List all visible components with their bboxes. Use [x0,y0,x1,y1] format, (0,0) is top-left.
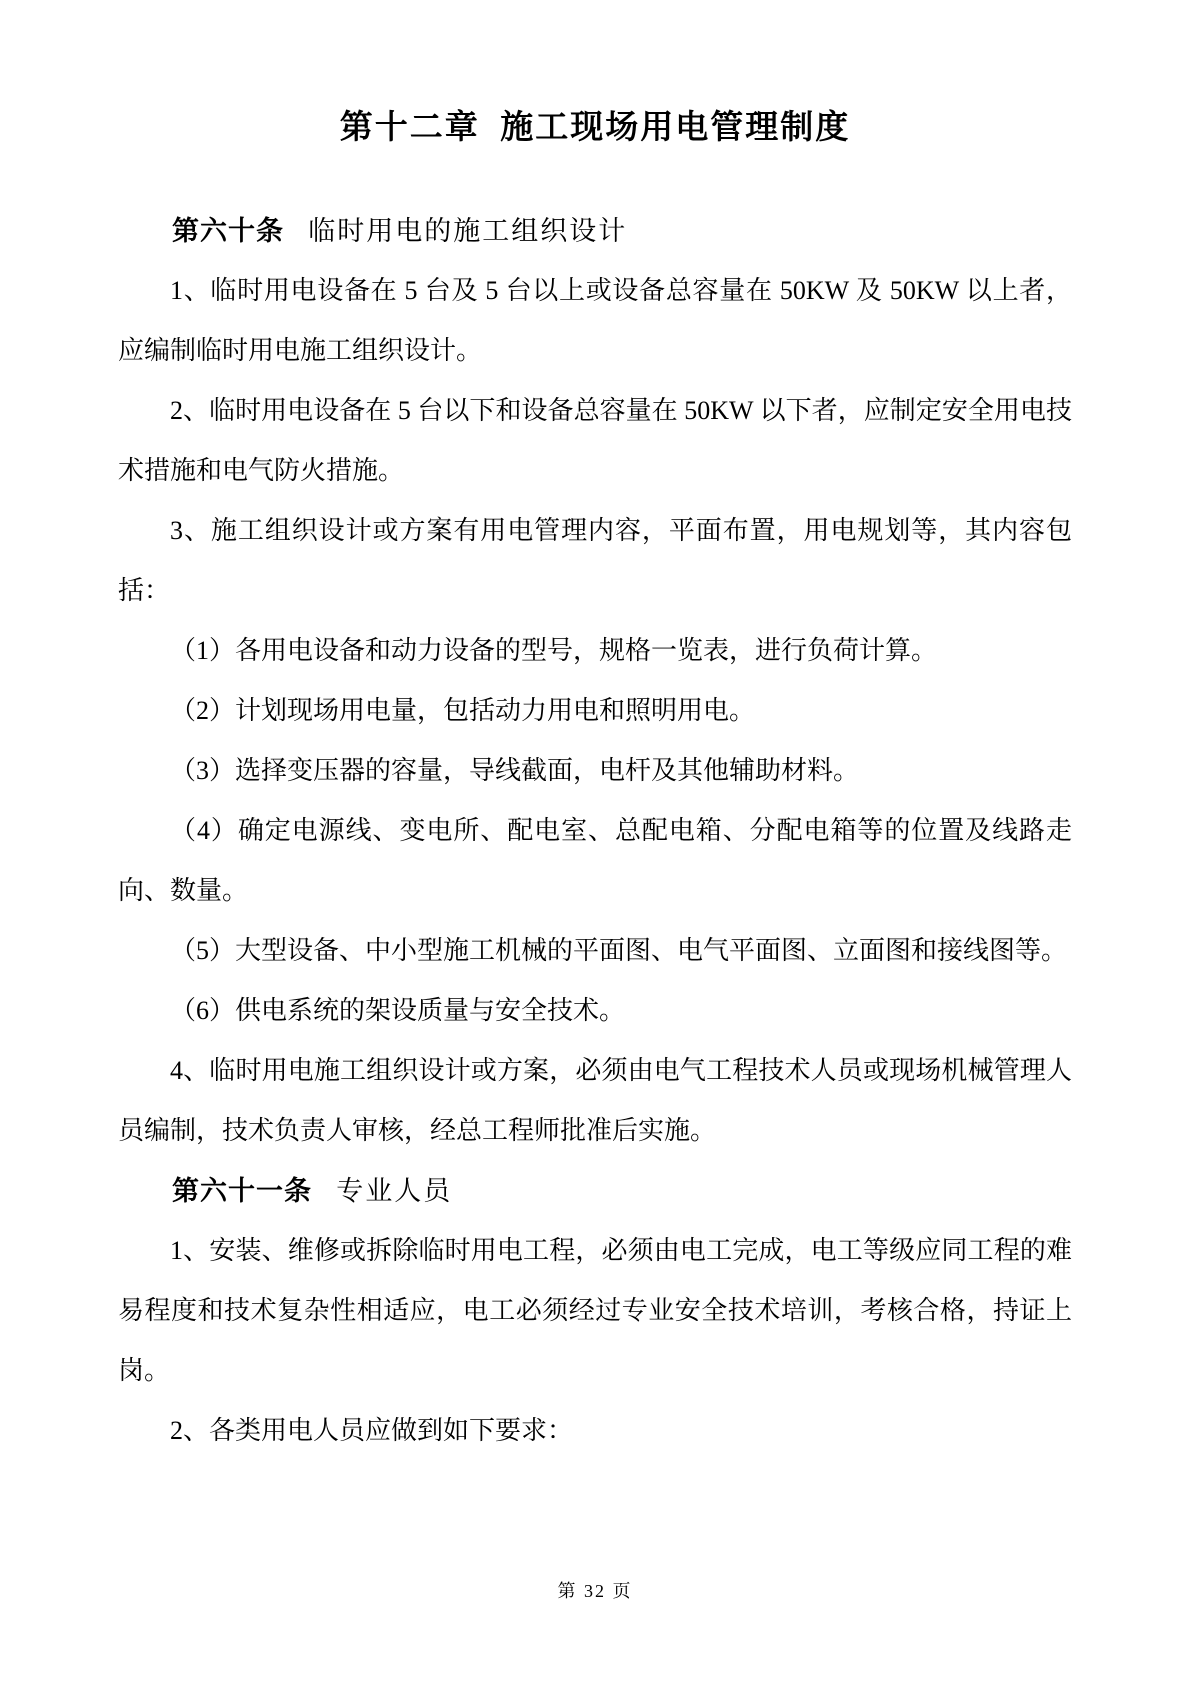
article-60-name: 临时用电的施工组织设计 [308,216,627,246]
document-body: 第六十条临时用电的施工组织设计 1、临时用电设备在 5 台及 5 台以上或设备总… [118,201,1072,1461]
paragraph-61-1: 1、安装、维修或拆除临时用电工程，必须由电工完成，电工等级应同工程的难易程度和技… [118,1221,1072,1401]
paragraph-60-3-sub-6: （6）供电系统的架设质量与安全技术。 [118,981,1072,1041]
paragraph-60-2: 2、临时用电设备在 5 台以下和设备总容量在 50KW 以下者，应制定安全用电技… [118,381,1072,501]
paragraph-60-3-sub-1: （1）各用电设备和动力设备的型号，规格一览表，进行负荷计算。 [118,621,1072,681]
paragraph-60-3-sub-4: （4）确定电源线、变电所、配电室、总配电箱、分配电箱等的位置及线路走向、数量。 [118,801,1072,921]
paragraph-60-4: 4、临时用电施工组织设计或方案，必须由电气工程技术人员或现场机械管理人员编制，技… [118,1041,1072,1161]
paragraph-60-3-sub-2: （2）计划现场用电量，包括动力用电和照明用电。 [118,681,1072,741]
paragraph-61-2: 2、各类用电人员应做到如下要求： [118,1401,1072,1461]
article-61-heading: 第六十一条专业人员 [118,1161,1072,1221]
document-page: 第十二章 施工现场用电管理制度 第六十条临时用电的施工组织设计 1、临时用电设备… [0,0,1190,1683]
article-60-heading: 第六十条临时用电的施工组织设计 [118,201,1072,261]
paragraph-60-1: 1、临时用电设备在 5 台及 5 台以上或设备总容量在 50KW 及 50KW … [118,261,1072,381]
paragraph-60-3-sub-3: （3）选择变压器的容量，导线截面，电杆及其他辅助材料。 [118,741,1072,801]
chapter-title: 第十二章 施工现场用电管理制度 [118,105,1072,151]
article-60-number: 第六十条 [172,216,284,246]
paragraph-60-3: 3、施工组织设计或方案有用电管理内容，平面布置，用电规划等，其内容包括： [118,501,1072,621]
article-61-name: 专业人员 [336,1176,452,1206]
article-61-number: 第六十一条 [172,1176,312,1206]
page-number-footer: 第 32 页 [0,1578,1190,1604]
paragraph-60-3-sub-5: （5）大型设备、中小型施工机械的平面图、电气平面图、立面图和接线图等。 [118,921,1072,981]
